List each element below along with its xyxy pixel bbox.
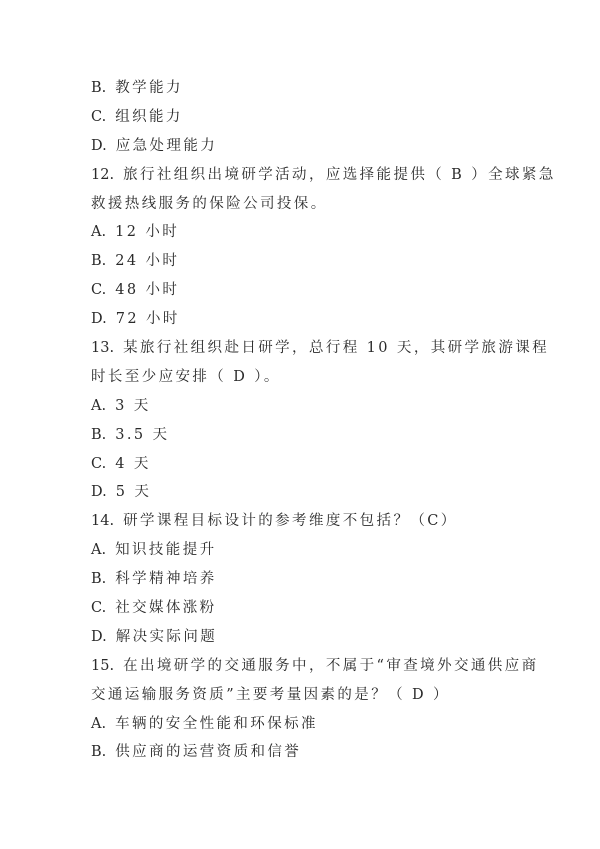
question-continuation: 救援热线服务的保险公司投保。: [91, 192, 551, 221]
option-text: 知识技能提升: [115, 542, 216, 558]
question-number: 13.: [91, 340, 114, 356]
option-letter: B.: [91, 80, 106, 96]
option-text: 24 小时: [115, 253, 179, 269]
option-line: C.48 小时: [91, 278, 551, 307]
option-line: B.24 小时: [91, 249, 551, 278]
option-text: 教学能力: [115, 80, 183, 96]
question-continuation: 时长至少应安排（ D ）。: [91, 365, 551, 394]
question-text: 时长至少应安排（ D ）。: [91, 369, 281, 385]
document-page: B.教学能力 C.组织能力 D.应急处理能力 12.旅行社组织出境研学活动，应选…: [91, 76, 551, 769]
option-line: D.应急处理能力: [91, 134, 551, 163]
option-line: D.72 小时: [91, 307, 551, 336]
option-text: 组织能力: [115, 109, 183, 125]
option-line: A.知识技能提升: [91, 538, 551, 567]
option-letter: D.: [91, 311, 107, 327]
option-letter: C.: [91, 109, 106, 125]
question-number: 12.: [91, 167, 114, 183]
option-text: 3 天: [115, 398, 151, 414]
option-letter: C.: [91, 282, 106, 298]
question-text: 在出境研学的交通服务中，不属于“审查境外交通供应商: [123, 658, 538, 674]
option-line: C.组织能力: [91, 105, 551, 134]
option-text: 车辆的安全性能和环保标准: [115, 716, 318, 732]
option-line: B.供应商的运营资质和信誉: [91, 740, 551, 769]
option-letter: D.: [91, 484, 107, 500]
option-text: 解决实际问题: [116, 629, 217, 645]
option-line: B.教学能力: [91, 76, 551, 105]
option-letter: A.: [91, 398, 106, 414]
option-letter: B.: [91, 571, 106, 587]
option-letter: A.: [91, 542, 106, 558]
option-text: 4 天: [115, 456, 151, 472]
option-line: C.4 天: [91, 452, 551, 481]
question-number: 14.: [91, 513, 114, 529]
option-text: 3.5 天: [115, 427, 169, 443]
option-text: 48 小时: [115, 282, 179, 298]
option-text: 应急处理能力: [116, 138, 217, 154]
option-letter: C.: [91, 456, 106, 472]
option-line: B.3.5 天: [91, 423, 551, 452]
option-letter: A.: [91, 716, 106, 732]
option-line: D.5 天: [91, 480, 551, 509]
option-text: 供应商的运营资质和信誉: [115, 744, 301, 760]
question-line: 15.在出境研学的交通服务中，不属于“审查境外交通供应商: [91, 654, 551, 683]
option-letter: B.: [91, 744, 106, 760]
option-line: A.车辆的安全性能和环保标准: [91, 712, 551, 741]
option-letter: B.: [91, 253, 106, 269]
option-text: 科学精神培养: [115, 571, 216, 587]
option-letter: B.: [91, 427, 106, 443]
question-line: 13.某旅行社组织赴日研学，总行程 10 天，其研学旅游课程: [91, 336, 551, 365]
question-text: 交通运输服务资质”主要考量因素的是？（ D ）: [91, 687, 450, 703]
option-text: 72 小时: [116, 311, 180, 327]
option-letter: D.: [91, 629, 107, 645]
question-text: 救援热线服务的保险公司投保。: [91, 196, 328, 212]
question-line: 14.研学课程目标设计的参考维度不包括？（C）: [91, 509, 551, 538]
question-text: 研学课程目标设计的参考维度不包括？（C）: [123, 513, 458, 529]
option-line: C.社交媒体涨粉: [91, 596, 551, 625]
question-number: 15.: [91, 658, 114, 674]
option-text: 12 小时: [115, 224, 179, 240]
question-text: 某旅行社组织赴日研学，总行程 10 天，其研学旅游课程: [123, 340, 549, 356]
option-line: D.解决实际问题: [91, 625, 551, 654]
option-text: 社交媒体涨粉: [115, 600, 216, 616]
option-letter: C.: [91, 600, 106, 616]
question-line: 12.旅行社组织出境研学活动，应选择能提供（ B ）全球紧急: [91, 163, 551, 192]
option-letter: D.: [91, 138, 107, 154]
option-letter: A.: [91, 224, 106, 240]
option-line: B.科学精神培养: [91, 567, 551, 596]
question-text: 旅行社组织出境研学活动，应选择能提供（ B ）全球紧急: [123, 167, 556, 183]
option-line: A.12 小时: [91, 220, 551, 249]
option-line: A.3 天: [91, 394, 551, 423]
option-text: 5 天: [116, 484, 152, 500]
question-continuation: 交通运输服务资质”主要考量因素的是？（ D ）: [91, 683, 551, 712]
